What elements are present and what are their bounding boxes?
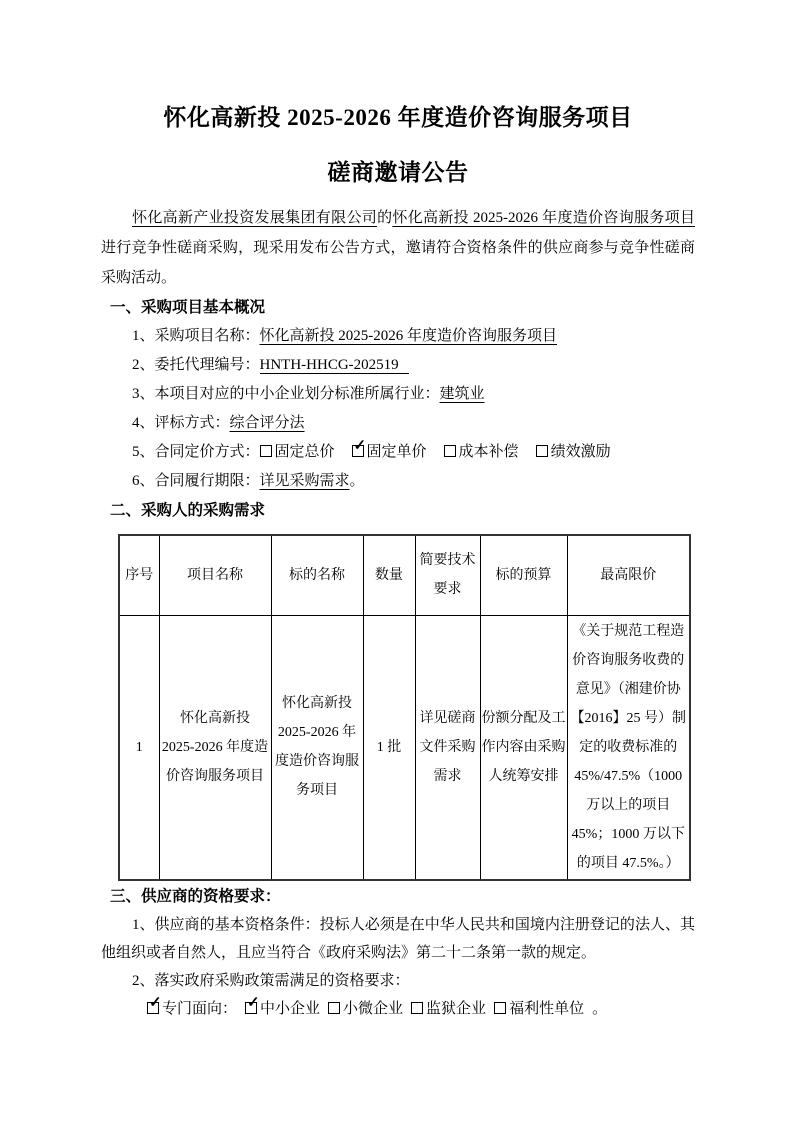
option-performance-incentive: 绩效激励	[536, 444, 611, 460]
item-contract-period-value: 详见采购需求	[260, 473, 350, 489]
table-row: 1 怀化高新投 2025-2026 年度造 价咨询服务项目 怀化高新投 2025…	[119, 615, 690, 880]
checkbox-welfare[interactable]	[494, 1002, 506, 1014]
option-performance-incentive-label: 绩效激励	[551, 444, 611, 460]
checkbox-micro[interactable]	[328, 1002, 340, 1014]
item-evaluation-method: 4、评标方式：综合评分法	[101, 409, 695, 438]
option-fixed-unit: 固定单价	[352, 444, 427, 460]
cell-quantity: 1 批	[363, 615, 415, 880]
item-project-name-label: 1、采购项目名称：	[132, 328, 260, 344]
policy-suffix: 。	[592, 1001, 607, 1017]
item-project-name: 1、采购项目名称：怀化高新投 2025-2026 年度造价咨询服务项目	[101, 322, 695, 351]
section3-heading: 三、供应商的资格要求：	[101, 882, 695, 911]
section2-heading: 二、采购人的采购需求	[101, 496, 695, 525]
item-contract-period-suffix: 。	[350, 473, 365, 489]
procurement-table: 序号 项目名称 标的名称 数量 简要技术 要求 标的预算 最高限价 1 怀化高新…	[118, 534, 691, 881]
header-budget: 标的预算	[480, 535, 567, 615]
table-header-row: 序号 项目名称 标的名称 数量 简要技术 要求 标的预算 最高限价	[119, 535, 690, 615]
item-agency-number-label: 2、委托代理编号：	[132, 357, 260, 373]
item-agency-number: 2、委托代理编号：HNTH-HHCG-202519	[101, 351, 695, 380]
checkbox-prison[interactable]	[411, 1002, 423, 1014]
cell-subject-name: 怀化高新投 2025-2026 年 度造价咨询服 务项目	[271, 615, 363, 880]
item-contract-period: 6、合同履行期限：详见采购需求。	[101, 467, 695, 496]
document-title: 怀化高新投 2025-2026 年度造价咨询服务项目	[101, 0, 695, 134]
checkbox-targeted[interactable]	[147, 1002, 159, 1014]
cell-budget: 份额分配及工 作内容由采购 人统筹安排	[480, 615, 567, 880]
qualification-para1: 1、供应商的基本资格条件：投标人必须是在中华人民共和国境内注册登记的法人、其他组…	[101, 911, 695, 967]
project-name-inline: 怀化高新投 2025-2026 年度造价咨询服务项目	[392, 210, 695, 226]
option-cost-compensation-label: 成本补偿	[459, 444, 519, 460]
option-sme-label: 中小企业	[260, 1001, 320, 1017]
option-fixed-total: 固定总价	[260, 444, 335, 460]
cell-project-name: 怀化高新投 2025-2026 年度造 价咨询服务项目	[159, 615, 271, 880]
item-industry-value: 建筑业	[440, 386, 485, 402]
item-evaluation-method-value: 综合评分法	[230, 415, 305, 431]
section1-heading: 一、采购项目基本概况	[101, 293, 695, 322]
header-project-name: 项目名称	[159, 535, 271, 615]
option-micro-label: 小微企业	[343, 1001, 403, 1017]
cell-tech-requirements: 详见磋商 文件采购 需求	[415, 615, 480, 880]
option-prison-label: 监狱企业	[426, 1001, 486, 1017]
header-tech-requirements: 简要技术 要求	[415, 535, 480, 615]
option-fixed-unit-label: 固定单价	[367, 444, 427, 460]
option-fixed-total-label: 固定总价	[275, 444, 335, 460]
purchaser-name: 怀化高新产业投资发展集团有限公司	[132, 210, 377, 226]
cell-serial: 1	[119, 615, 159, 880]
document-subtitle: 磋商邀请公告	[101, 157, 695, 189]
item-project-name-value: 怀化高新投 2025-2026 年度造价咨询服务项目	[260, 328, 558, 344]
checkbox-performance-incentive[interactable]	[536, 445, 548, 457]
option-prison: 监狱企业	[411, 1001, 486, 1017]
header-quantity: 数量	[363, 535, 415, 615]
item-agency-number-value: HNTH-HHCG-202519	[260, 357, 409, 374]
option-welfare: 福利性单位	[494, 1001, 584, 1017]
item-pricing-method-label: 5、合同定价方式：	[132, 444, 260, 460]
header-subject-name: 标的名称	[271, 535, 363, 615]
item-industry: 3、本项目对应的中小企业划分标准所属行业：建筑业	[101, 380, 695, 409]
document-content: 怀化高新投 2025-2026 年度造价咨询服务项目 磋商邀请公告 怀化高新产业…	[101, 0, 695, 1023]
option-cost-compensation: 成本补偿	[444, 444, 519, 460]
option-micro: 小微企业	[328, 1001, 403, 1017]
checkbox-cost-compensation[interactable]	[444, 445, 456, 457]
cell-max-price: 《关于规范工程造 价咨询服务收费的 意见》（湘建价协 【2016】25 号）制 …	[567, 615, 690, 880]
item-pricing-method: 5、合同定价方式：固定总价固定单价成本补偿绩效激励	[101, 438, 695, 467]
checkbox-fixed-total[interactable]	[260, 445, 272, 457]
intro-paragraph: 怀化高新产业投资发展集团有限公司的怀化高新投 2025-2026 年度造价咨询服…	[101, 203, 695, 293]
option-sme: 中小企业	[245, 1001, 320, 1017]
option-targeted-label: 专门面向：	[162, 1001, 237, 1017]
qualification-para2: 2、落实政府采购政策需满足的资格要求：	[101, 967, 695, 995]
item-evaluation-method-label: 4、评标方式：	[132, 415, 230, 431]
policy-checkbox-line: 专门面向：中小企业小微企业监狱企业福利性单位。	[101, 995, 695, 1023]
item-contract-period-label: 6、合同履行期限：	[132, 473, 260, 489]
checkbox-fixed-unit[interactable]	[352, 445, 364, 457]
intro-rest: 进行竞争性磋商采购，现采用发布公告方式，邀请符合资格条件的供应商参与竞争性磋商采…	[101, 240, 695, 286]
checkbox-sme[interactable]	[245, 1002, 257, 1014]
header-serial: 序号	[119, 535, 159, 615]
document-page: 怀化高新投 2025-2026 年度造价咨询服务项目 磋商邀请公告 怀化高新产业…	[0, 0, 793, 1122]
intro-connector: 的	[377, 210, 392, 226]
option-targeted: 专门面向：	[147, 1001, 237, 1017]
header-max-price: 最高限价	[567, 535, 690, 615]
item-industry-label: 3、本项目对应的中小企业划分标准所属行业：	[132, 386, 440, 402]
option-welfare-label: 福利性单位	[509, 1001, 584, 1017]
